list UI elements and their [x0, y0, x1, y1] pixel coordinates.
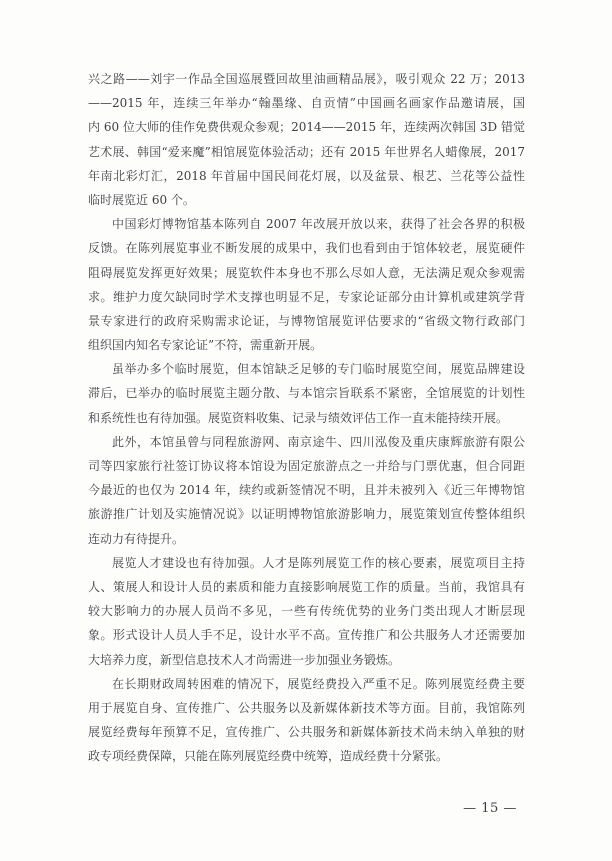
text-line: 政专项经费保障，只能在陈列展览经费中统筹，造成经费十分紧张。 — [88, 744, 525, 768]
text-line: 中国彩灯博物馆基本陈列自 2007 年改展开放以来，获得了社会各界的积极 — [88, 212, 525, 236]
paragraph: 虽举办多个临时展览，但本馆缺乏足够的专门临时展览空间，展览品牌建设 滞后，已举办… — [88, 357, 525, 430]
paragraph: 兴之路——刘宇一作品全国巡展暨回故里油画精品展》，吸引观众 22 万；2013 … — [88, 67, 525, 212]
text-line: 旅游推广计划及实施情况说》以证明博物馆旅游影响力，展览策划宣传整体组织 — [88, 502, 525, 526]
text-line: 今最近的也仅为 2014 年，续约或新签情况不明，且并未被列入《近三年博物馆 — [88, 478, 525, 502]
page-number: — 15 — — [450, 801, 530, 816]
text-line: 象。形式设计人员人手不足，设计水平不高。宣传推广和公共服务人才还需要加 — [88, 623, 525, 647]
text-line: 艺术展、韩国“爱来魔”相馆展览体验活动；还有 2015 年世界名人蜡像展，201… — [88, 140, 525, 164]
paragraph: 在长期财政周转困难的情况下，展览经费投入严重不足。陈列展览经费主要 用于展览自身… — [88, 672, 525, 769]
paragraph: 展览人才建设也有待加强。人才是陈列展览工作的核心要素，展览项目主持 人、策展人和… — [88, 551, 525, 672]
text-line: 年南北彩灯汇，2018 年首届中国民间花灯展，以及盆景、根艺、兰花等公益性 — [88, 164, 525, 188]
text-line: 展览经费每年预算不足，宣传推广、公共服务和新媒体新技术尚未纳入单独的财 — [88, 720, 525, 744]
text-line: 滞后，已举办的临时展览主题分散、与本馆宗旨联系不紧密，全馆展览的计划性 — [88, 381, 525, 405]
text-line: 在长期财政周转困难的情况下，展览经费投入严重不足。陈列展览经费主要 — [88, 672, 525, 696]
text-line: 景专家进行的政府采购需求论证，与博物馆展览评估要求的“省级文物行政部门 — [88, 309, 525, 333]
text-line: 和系统性也有待加强。展览资料收集、记录与绩效评估工作一直未能持续开展。 — [88, 406, 525, 430]
text-line: 司等四家旅行社签订协议将本馆设为固定旅游点之一并给与门票优惠，但合同距 — [88, 454, 525, 478]
text-line: 组织国内知名专家论证”不符，需重新开展。 — [88, 333, 525, 357]
text-line: 兴之路——刘宇一作品全国巡展暨回故里油画精品展》，吸引观众 22 万；2013 — [88, 67, 525, 91]
text-line: 较大影响力的办展人员尚不多见，一些有传统优势的业务门类出现人才断层现 — [88, 599, 525, 623]
text-line: 求。维护力度欠缺同时学术支撑也明显不足，专家论证部分由计算机或建筑学背 — [88, 285, 525, 309]
text-line: 展览人才建设也有待加强。人才是陈列展览工作的核心要素，展览项目主持 — [88, 551, 525, 575]
text-line: 临时展览近 60 个。 — [88, 188, 525, 212]
document-page: 兴之路——刘宇一作品全国巡展暨回故里油画精品展》，吸引观众 22 万；2013 … — [0, 0, 612, 861]
text-line: 此外，本馆虽曾与同程旅游网、南京途牛、四川泓俊及重庆康辉旅游有限公 — [88, 430, 525, 454]
text-line: 反馈。在陈列展览事业不断发展的成果中，我们也看到由于馆体较老，展览硬件 — [88, 236, 525, 260]
text-line: 大培养力度，新型信息技术人才尚需进一步加强业务锻炼。 — [88, 648, 525, 672]
paragraph: 中国彩灯博物馆基本陈列自 2007 年改展开放以来，获得了社会各界的积极 反馈。… — [88, 212, 525, 357]
text-line: 人、策展人和设计人员的素质和能力直接影响展览工作的质量。当前，我馆具有 — [88, 575, 525, 599]
text-line: 虽举办多个临时展览，但本馆缺乏足够的专门临时展览空间，展览品牌建设 — [88, 357, 525, 381]
text-line: 连动力有待提升。 — [88, 527, 525, 551]
text-line: ——2015 年，连续三年举办“翰墨缘、自贡情”中国画名画家作品邀请展，国 — [88, 91, 525, 115]
text-line: 内 60 位大师的佳作免费供观众参观；2014——2015 年，连续两次韩国 3… — [88, 115, 525, 139]
text-line: 阻碍展览发挥更好效果；展览软件本身也不那么尽如人意，无法满足观众参观需 — [88, 261, 525, 285]
text-line: 用于展览自身、宣传推广、公共服务以及新媒体新技术等方面。目前，我馆陈列 — [88, 696, 525, 720]
text-block: 兴之路——刘宇一作品全国巡展暨回故里油画精品展》，吸引观众 22 万；2013 … — [88, 67, 525, 768]
paragraph: 此外，本馆虽曾与同程旅游网、南京途牛、四川泓俊及重庆康辉旅游有限公 司等四家旅行… — [88, 430, 525, 551]
